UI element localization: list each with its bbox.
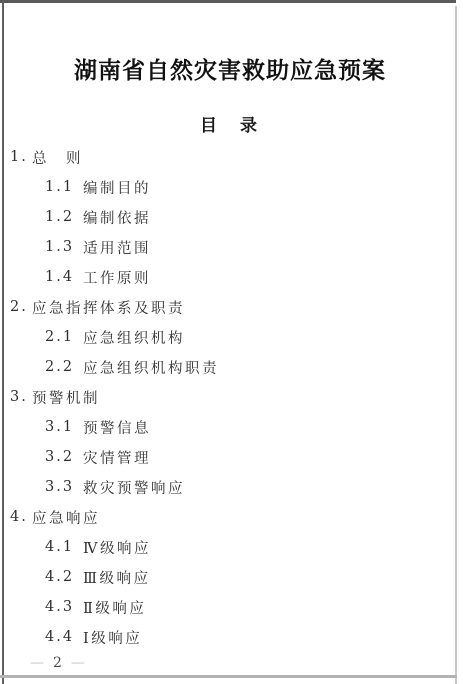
toc-item-label: 预警信息 [83,417,151,438]
toc-item-4-4: 4.4 Ⅰ级响应 [4,622,456,652]
toc-item-number: 3.2 [45,449,83,465]
toc-item-label: Ⅲ级响应 [83,567,150,588]
toc-item-label: 预警机制 [32,387,100,408]
toc-item-number: 1.2 [45,209,83,225]
toc-item-number: 2.2 [45,359,83,375]
toc-item-4-1: 4.1 Ⅳ级响应 [4,532,456,562]
toc-item-3: 3. 预警机制 [4,382,456,412]
page-number-footer: — 2 — [4,654,456,672]
toc-item-number: 3.3 [45,479,83,495]
toc-item-label: 应急组织机构 [83,327,185,348]
toc-item-2-1: 2.1 应急组织机构 [4,322,456,352]
toc-item-3-2: 3.2 灾情管理 [4,442,456,472]
toc-item-number: 1.4 [45,269,83,285]
toc-item-number: 4.3 [45,599,83,615]
footer-dash-left: — [30,655,44,671]
toc-item-number: 4.2 [45,569,83,585]
toc-item-3-3: 3.3 救灾预警响应 [4,472,456,502]
toc-item-1: 1. 总 则 [4,142,456,172]
toc-heading: 目 录 [4,116,456,136]
toc-item-2: 2. 应急指挥体系及职责 [4,292,456,322]
toc-item-1-1: 1.1 编制目的 [4,172,456,202]
footer-dash-right: — [71,655,85,671]
toc-item-number: 3. [10,389,32,405]
toc-item-label: 适用范围 [83,237,151,258]
toc-item-label: 编制目的 [83,177,151,198]
toc-item-label: 灾情管理 [83,447,151,468]
toc-item-1-2: 1.2 编制依据 [4,202,456,232]
toc-item-number: 1.3 [45,239,83,255]
toc-item-number: 4.1 [45,539,83,555]
toc-item-3-1: 3.1 预警信息 [4,412,456,442]
toc-item-number: 2. [10,299,32,315]
toc-item-label: 应急指挥体系及职责 [32,297,185,318]
toc-item-label: 编制依据 [83,207,151,228]
toc-item-1-3: 1.3 适用范围 [4,232,456,262]
toc-item-1-4: 1.4 工作原则 [4,262,456,292]
toc-item-number: 3.1 [45,419,83,435]
toc-item-label: 救灾预警响应 [83,477,185,498]
page-number: 2 [53,655,62,671]
toc-item-2-2: 2.2 应急组织机构职责 [4,352,456,382]
toc-item-label: 应急响应 [32,507,100,528]
toc-item-4-2: 4.2 Ⅲ级响应 [4,562,456,592]
toc-item-label: Ⅱ级响应 [83,597,146,618]
toc-list: 1. 总 则 1.1 编制目的 1.2 编制依据 1.3 适用范围 1.4 工作… [4,142,456,652]
toc-item-4: 4. 应急响应 [4,502,456,532]
toc-item-number: 4.4 [45,629,83,645]
toc-item-label: 应急组织机构职责 [83,357,219,378]
toc-item-label: Ⅳ级响应 [83,537,151,558]
toc-item-label: 总 则 [32,147,83,168]
toc-item-number: 2.1 [45,329,83,345]
toc-item-number: 4. [10,509,32,525]
toc-item-label: 工作原则 [83,267,151,288]
toc-item-label: Ⅰ级响应 [83,627,142,648]
toc-item-number: 1.1 [45,179,83,195]
toc-item-number: 1. [10,149,32,165]
toc-item-4-3: 4.3 Ⅱ级响应 [4,592,456,622]
document-page: 湖南省自然灾害救助应急预案 目 录 1. 总 则 1.1 编制目的 1.2 编制… [4,0,456,684]
document-title: 湖南省自然灾害救助应急预案 [4,57,456,85]
